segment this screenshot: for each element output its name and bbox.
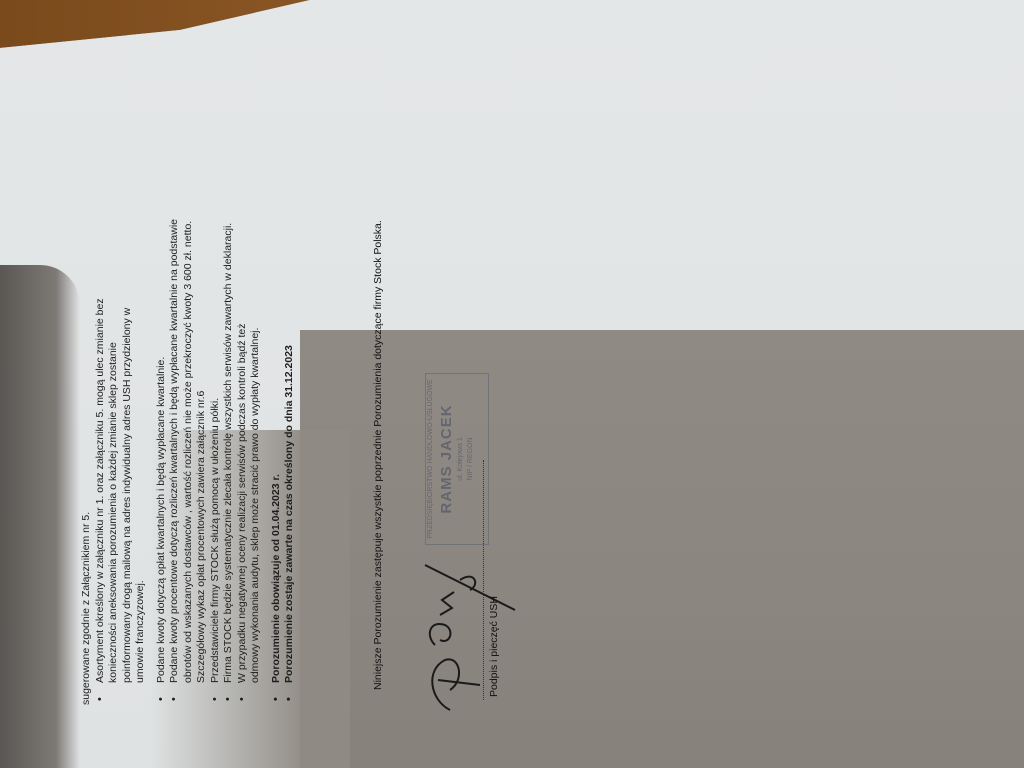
stamp-id: NIP / REGON xyxy=(466,374,476,544)
closing-statement: Niniejsze Porozumienie zastępuje wszystk… xyxy=(372,220,384,690)
term-line: Szczegółowy wykaz opłat procentowych zaw… xyxy=(195,185,209,683)
term-item: Asortyment określony w załączniku nr 1. … xyxy=(94,185,148,683)
term-line: W przypadku negatywnej oceny realizacji … xyxy=(236,185,250,683)
agreement-body: sugerowane zgodnie z Załącznikiem nr 5. … xyxy=(80,185,297,705)
terms-list: Asortyment określony w załączniku nr 1. … xyxy=(94,185,297,705)
term-line: konieczności aneksowania porozumienia o … xyxy=(107,185,121,683)
handwritten-signature xyxy=(420,560,530,720)
term-line: Porozumienie zostaje zawarte na czas okr… xyxy=(283,185,297,683)
term-item: Porozumienie zostaje zawarte na czas okr… xyxy=(283,185,297,683)
term-line: Podane kwoty procentowe dotyczą rozlicze… xyxy=(168,185,182,683)
term-item: Podane kwoty procentowe dotyczą rozlicze… xyxy=(168,185,209,683)
term-line: poinformowany drogą mailową na adres ind… xyxy=(121,185,135,683)
term-item: Firma STOCK będzie systematycznie zlecał… xyxy=(222,185,236,683)
term-item: W przypadku negatywnej oceny realizacji … xyxy=(236,185,263,683)
stamp-address: ul. Kolejowa 1 xyxy=(456,374,466,544)
hand-shadow xyxy=(0,265,80,768)
signature-line xyxy=(483,460,484,700)
term-item: Podane kwoty dotyczą opłat kwartalnych i… xyxy=(155,185,169,683)
term-line: Przedstawiciele firmy STOCK służą pomocą… xyxy=(209,185,223,683)
signature-label: Podpis i pieczęć USH xyxy=(488,596,500,697)
term-line: obrotów od wskazanych dostawców , wartoś… xyxy=(182,185,196,683)
term-item: Porozumienie obowiązuje od 01.04.2023 r. xyxy=(270,185,284,683)
term-line: Firma STOCK będzie systematycznie zlecał… xyxy=(222,185,236,683)
term-line: Podane kwoty dotyczą opłat kwartalnych i… xyxy=(155,185,169,683)
stamp-top-line: PRZEDSIĘBIORSTWO HANDLOWO-USŁUGOWE xyxy=(426,374,436,544)
phone-shadow xyxy=(300,330,1024,768)
company-stamp: PRZEDSIĘBIORSTWO HANDLOWO-USŁUGOWE RAMS … xyxy=(425,373,489,545)
term-line: Asortyment określony w załączniku nr 1. … xyxy=(94,185,108,683)
term-line: Porozumienie obowiązuje od 01.04.2023 r. xyxy=(270,185,284,683)
term-line: odmowy wykonania audytu, sklep może stra… xyxy=(249,185,263,683)
term-line: umowie franczyzowej. xyxy=(134,185,148,683)
stamp-name: RAMS JACEK xyxy=(438,374,456,544)
term-item: Przedstawiciele firmy STOCK służą pomocą… xyxy=(209,185,223,683)
intro-line: sugerowane zgodnie z Załącznikiem nr 5. xyxy=(80,185,94,705)
